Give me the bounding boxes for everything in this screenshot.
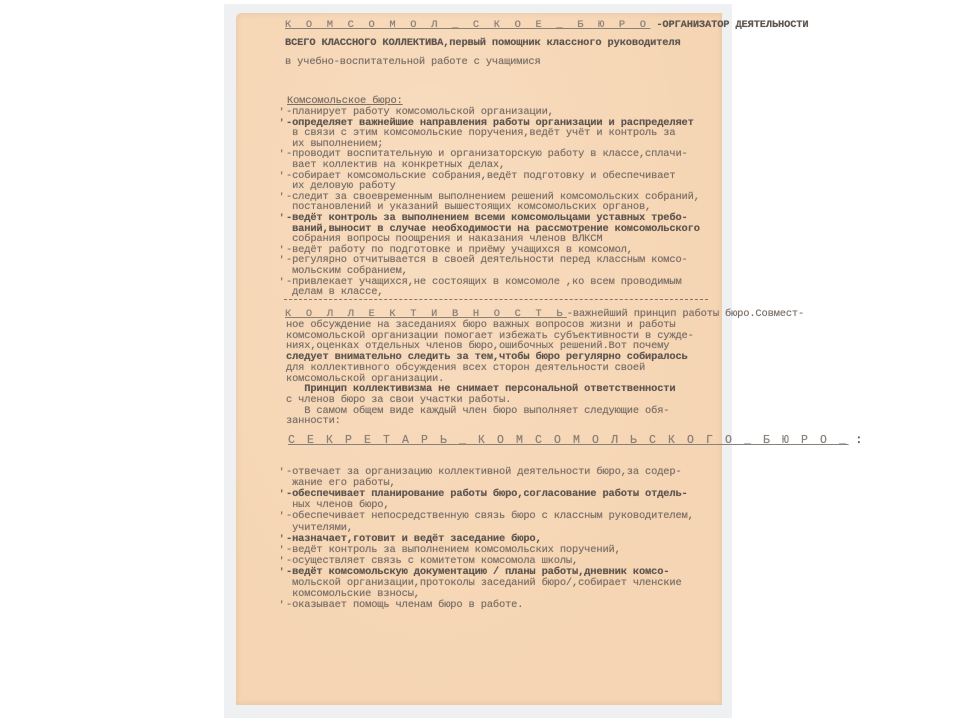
margin-tick-mark: ' xyxy=(279,511,284,522)
collectivity-line: занности: xyxy=(286,416,341,427)
secretary-duty-line: учителями, xyxy=(286,523,353,534)
bureau-list-line: делам в классе, xyxy=(286,287,383,298)
margin-tick-mark: ' xyxy=(279,567,284,578)
margin-tick-mark: ' xyxy=(279,600,284,611)
secretary-heading-spaced: С Е К Р Е Т А Р Ь _ К О М С О М О Л Ь С … xyxy=(288,434,849,447)
secretary-duty-line: -оказывает помощь членам бюро в работе.' xyxy=(286,600,523,611)
margin-tick-mark: ' xyxy=(279,255,284,266)
title-heading-rest: -ОРГАНИЗАТОР ДЕЯТЕЛЬНОСТИ xyxy=(650,19,808,31)
secretary-heading: С Е К Р Е Т А Р Ь _ К О М С О М О Л Ь С … xyxy=(288,435,862,446)
margin-tick-mark: ' xyxy=(279,192,284,203)
secretary-heading-colon: : xyxy=(849,434,863,447)
margin-tick-mark: ' xyxy=(279,277,284,288)
margin-tick-mark: ' xyxy=(279,556,284,567)
margin-tick-mark: ' xyxy=(279,467,284,478)
document-title: К О М С О М О Л _ С К О Е _ Б Ю Р О -ОРГ… xyxy=(285,20,808,31)
secretary-duty-line: -обеспечивает непосредственную связь бюр… xyxy=(286,511,694,522)
margin-tick-mark: ' xyxy=(279,489,284,500)
margin-tick-mark: ' xyxy=(279,107,284,118)
margin-tick-mark: ' xyxy=(279,213,284,224)
secretary-duty-line: -назначает,готовит и ведёт заседание бюр… xyxy=(286,534,542,545)
title-line-2: ВСЕГО КЛАССНОГО КОЛЛЕКТИВА,первый помощн… xyxy=(285,38,681,49)
margin-tick-mark: ' xyxy=(279,149,284,160)
margin-tick-mark: ' xyxy=(279,534,284,545)
section-divider xyxy=(284,299,708,300)
margin-tick-mark: ' xyxy=(279,171,284,182)
collectivity-line: В самом общем виде каждый член бюро выпо… xyxy=(286,406,669,417)
title-line-3: в учебно-воспитательной работе с учащими… xyxy=(285,57,541,68)
margin-tick-mark: ' xyxy=(279,118,284,129)
title-heading-spaced: К О М С О М О Л _ С К О Е _ Б Ю Р О xyxy=(285,19,650,31)
margin-tick-mark: ' xyxy=(279,545,284,556)
